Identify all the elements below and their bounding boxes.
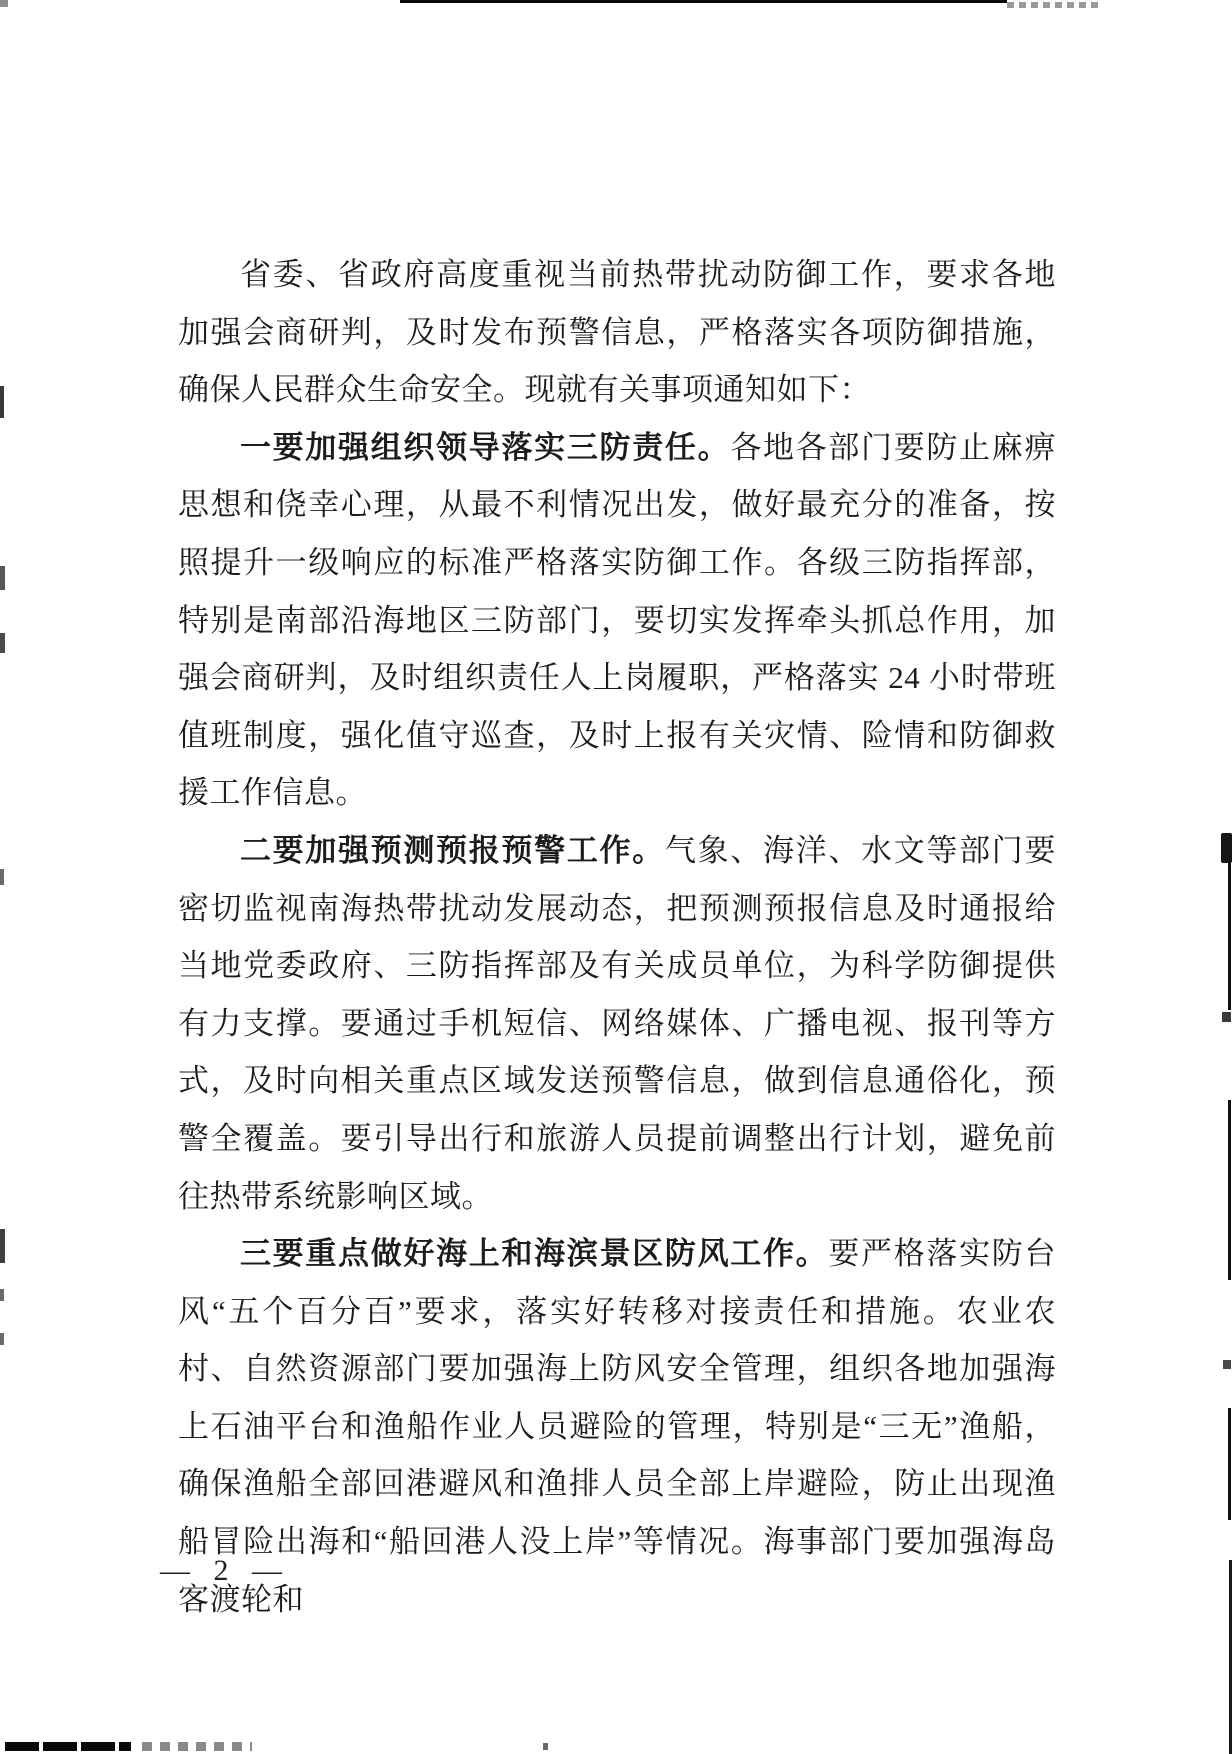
paragraph-item-2: 二要加强预测预报预警工作。气象、海洋、水文等部门要密切监视南海热带扰动发展动态，… bbox=[178, 822, 1056, 1225]
scan-artifact-left-edge bbox=[0, 869, 4, 885]
scan-artifact-left-edge bbox=[0, 1289, 4, 1301]
page-number: — 2 — bbox=[160, 1554, 290, 1588]
scan-artifact-left-edge bbox=[0, 1333, 4, 1345]
paragraph-lead: 一要加强组织领导落实三防责任。 bbox=[240, 430, 730, 465]
paragraph-lead: 三要重点做好海上和海滨景区防风工作。 bbox=[240, 1236, 828, 1271]
scan-artifact-top-edge-line bbox=[400, 0, 1007, 3]
document-text: 省委、省政府高度重视当前热带扰动防御工作，要求各地加强会商研判，及时发布预警信息… bbox=[178, 246, 1056, 1628]
scan-artifact-left-edge bbox=[0, 1229, 5, 1263]
scan-artifact-right-edge-line bbox=[1228, 862, 1231, 1010]
scan-artifact-right-edge bbox=[1223, 1360, 1231, 1369]
paragraph-item-1: 一要加强组织领导落实三防责任。各地各部门要防止麻痹思想和侥幸心理，从最不利情况出… bbox=[178, 419, 1056, 822]
scan-artifact-top-speckle bbox=[1007, 2, 1103, 8]
paragraph-body: 气象、海洋、水文等部门要密切监视南海热带扰动发展动态，把预测预报信息及时通报给当… bbox=[178, 833, 1056, 1214]
scan-artifact-left-edge bbox=[0, 633, 5, 653]
paragraph-body: 要严格落实防台风“五个百分百”要求，落实好转移对接责任和措施。农业农村、自然资源… bbox=[178, 1236, 1056, 1617]
scanned-document-page: 省委、省政府高度重视当前热带扰动防御工作，要求各地加强会商研判，及时发布预警信息… bbox=[0, 0, 1232, 1754]
scan-artifact-top-left-corner bbox=[0, 0, 8, 7]
scan-artifact-bottom-dot bbox=[543, 1743, 548, 1750]
scan-artifact-bottom-smudge bbox=[142, 1742, 252, 1751]
scan-artifact-left-edge bbox=[0, 566, 5, 590]
paragraph-body: 各地各部门要防止麻痹思想和侥幸心理，从最不利情况出发，做好最充分的准备，按照提升… bbox=[178, 430, 1056, 811]
paragraph-body: 省委、省政府高度重视当前热带扰动防御工作，要求各地加强会商研判，及时发布预警信息… bbox=[178, 257, 1056, 407]
scan-artifact-right-edge bbox=[1222, 1012, 1231, 1022]
scan-artifact-right-edge bbox=[1221, 833, 1232, 863]
scan-artifact-left-edge bbox=[0, 386, 4, 418]
paragraph-item-3: 三要重点做好海上和海滨景区防风工作。要严格落实防台风“五个百分百”要求，落实好转… bbox=[178, 1225, 1056, 1628]
scan-artifact-right-edge-line bbox=[1228, 1100, 1231, 1280]
scan-artifact-bottom-left-dashes bbox=[5, 1742, 131, 1751]
scan-artifact-right-edge-line bbox=[1228, 1408, 1231, 1520]
paragraph-intro: 省委、省政府高度重视当前热带扰动防御工作，要求各地加强会商研判，及时发布预警信息… bbox=[178, 246, 1056, 419]
paragraph-lead: 二要加强预测预报预警工作。 bbox=[240, 833, 665, 868]
